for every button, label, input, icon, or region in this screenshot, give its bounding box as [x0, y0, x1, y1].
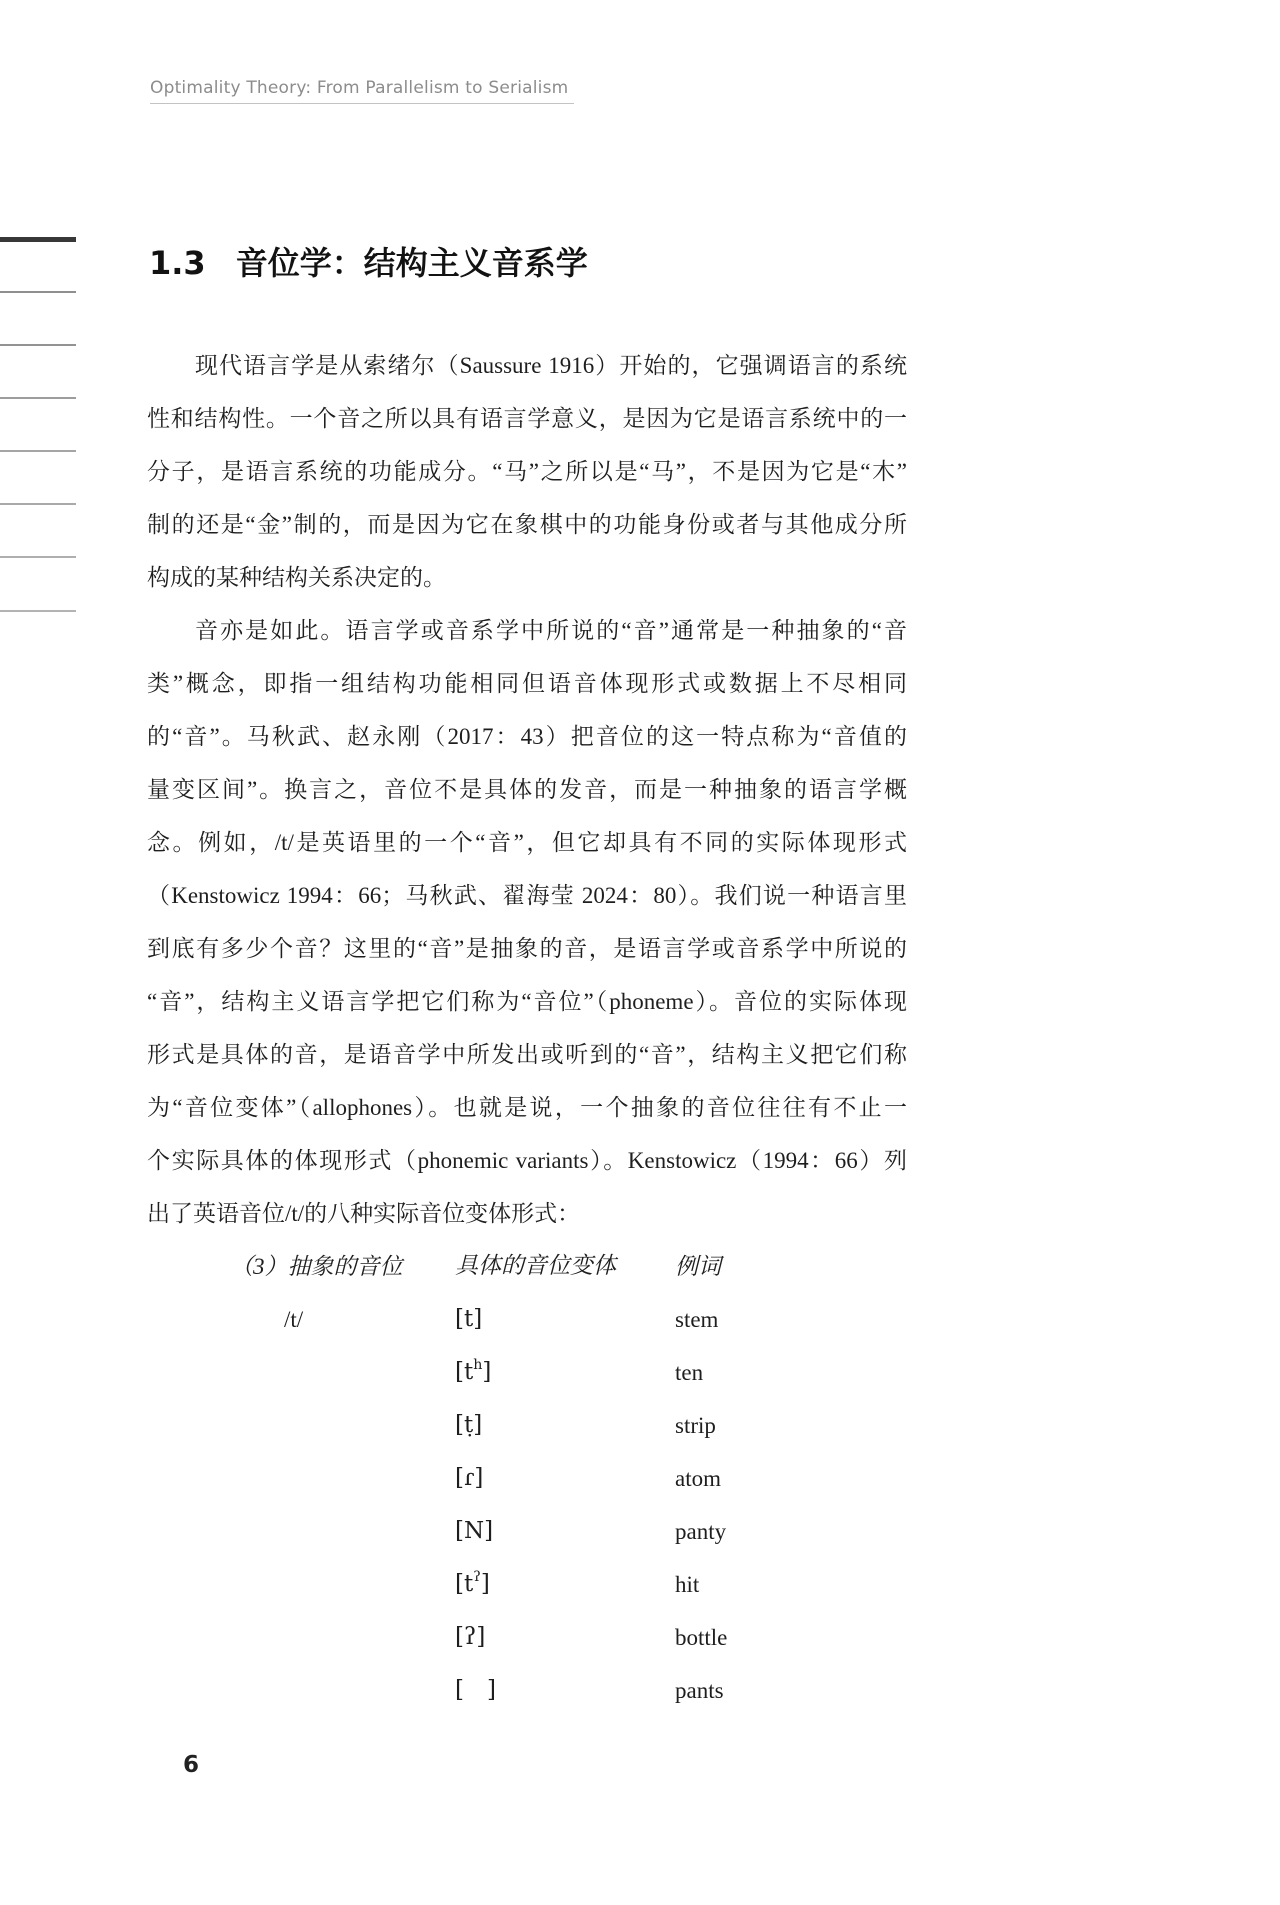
text-line: （Kenstowicz 1994：66；马秋武、翟海莹 2024：80）。我们说… — [147, 869, 907, 922]
edge-line — [0, 450, 76, 452]
example-row: [ʔ]bottle — [147, 1611, 907, 1664]
text-line: 量变区间”。换言之，音位不是具体的发音，而是一种抽象的语言学概 — [147, 763, 907, 816]
text-line: “音”，结构主义语言学把它们称为“音位”（phoneme）。音位的实际体现 — [147, 975, 907, 1028]
text-line: 到底有多少个音？这里的“音”是抽象的音，是语言学或音系学中所说的 — [147, 922, 907, 975]
text-line: 现代语言学是从索绪尔（Saussure 1916）开始的，它强调语言的系统 — [147, 339, 907, 392]
example-row: [t]stem — [147, 1293, 907, 1346]
section-title: 音位学：结构主义音系学 — [236, 244, 588, 282]
allophone-symbol: [th] — [455, 1346, 491, 1399]
book-page: Optimality Theory: From Parallelism to S… — [0, 0, 1280, 1905]
text-line: 制的还是“金”制的，而是因为它在象棋中的功能身份或者与其他成分所 — [147, 498, 907, 551]
text-line: 形式是具体的音，是语音学中所发出或听到的“音”，结构主义把它们称 — [147, 1028, 907, 1081]
edge-line — [0, 344, 76, 346]
allophone-symbol: [ ] — [455, 1664, 496, 1717]
text-line: 的“音”。马秋武、赵永刚（2017：43）把音位的这一特点称为“音值的 — [147, 710, 907, 763]
example-table: （3）抽象的音位 具体的音位变体 例词 /t/ [t]stem[th]ten[ṭ… — [147, 1240, 907, 1717]
col-header-concrete-allophone: 具体的音位变体 — [455, 1240, 616, 1293]
section-number: 1.3 — [149, 244, 206, 282]
text-line: 念。例如，/t/是英语里的一个“音”，但它却具有不同的实际体现形式 — [147, 816, 907, 869]
example-row: [ɾ]atom — [147, 1452, 907, 1505]
example-label: （3） — [230, 1254, 288, 1279]
allophone-symbol: [N] — [455, 1505, 493, 1558]
edge-line — [0, 503, 76, 505]
allophone-symbol: [t] — [455, 1293, 482, 1346]
paragraph: 现代语言学是从索绪尔（Saussure 1916）开始的，它强调语言的系统 性和… — [147, 339, 907, 604]
example-header-row: （3）抽象的音位 具体的音位变体 例词 — [147, 1240, 907, 1293]
example-word: pants — [675, 1664, 724, 1717]
example-row: [N]panty — [147, 1505, 907, 1558]
edge-line — [0, 556, 76, 558]
example-row: [ ]pants — [147, 1664, 907, 1717]
text-line: 类”概念，即指一组结构功能相同但语音体现形式或数据上不尽相同 — [147, 657, 907, 710]
allophone-symbol: [tʔ] — [455, 1558, 490, 1611]
example-header-col1: （3）抽象的音位 — [230, 1240, 403, 1293]
example-row: [tʔ]hit — [147, 1558, 907, 1611]
example-word: hit — [675, 1558, 699, 1611]
example-word: panty — [675, 1505, 726, 1558]
allophone-symbol: [ṭ] — [455, 1399, 482, 1452]
allophone-symbol: [ɾ] — [455, 1452, 483, 1505]
body-text: 现代语言学是从索绪尔（Saussure 1916）开始的，它强调语言的系统 性和… — [147, 339, 907, 1240]
example-word: strip — [675, 1399, 716, 1452]
text-line: 个实际具体的体现形式（phonemic variants）。Kenstowicz… — [147, 1134, 907, 1187]
text-line: 为“音位变体”（allophones）。也就是说，一个抽象的音位往往有不止一 — [147, 1081, 907, 1134]
col-header-example-word: 例词 — [675, 1240, 721, 1293]
example-row: [ṭ]strip — [147, 1399, 907, 1452]
edge-line — [0, 237, 76, 242]
example-word: atom — [675, 1452, 721, 1505]
edge-line — [0, 397, 76, 399]
example-rows: [t]stem[th]ten[ṭ]strip[ɾ]atom[N]panty[tʔ… — [147, 1293, 907, 1717]
example-row: [th]ten — [147, 1346, 907, 1399]
text-line: 性和结构性。一个音之所以具有语言学意义，是因为它是语言系统中的一 — [147, 392, 907, 445]
page-number: 6 — [183, 1752, 199, 1778]
text-line: 分子，是语言系统的功能成分。“马”之所以是“马”，不是因为它是“木” — [147, 445, 907, 498]
example-word: ten — [675, 1346, 703, 1399]
edge-line — [0, 610, 76, 612]
section-heading: 1.3音位学：结构主义音系学 — [149, 240, 588, 286]
example-word: stem — [675, 1293, 718, 1346]
running-head: Optimality Theory: From Parallelism to S… — [150, 78, 574, 104]
paragraph: 音亦是如此。语言学或音系学中所说的“音”通常是一种抽象的“音 类”概念，即指一组… — [147, 604, 907, 1240]
edge-line — [0, 291, 76, 293]
example-word: bottle — [675, 1611, 727, 1664]
allophone-symbol: [ʔ] — [455, 1611, 485, 1664]
text-line: 出了英语音位/t/的八种实际音位变体形式： — [147, 1187, 907, 1240]
text-line: 构成的某种结构关系决定的。 — [147, 551, 907, 604]
text-line: 音亦是如此。语言学或音系学中所说的“音”通常是一种抽象的“音 — [147, 604, 907, 657]
col-header-abstract-phoneme: 抽象的音位 — [288, 1254, 403, 1279]
